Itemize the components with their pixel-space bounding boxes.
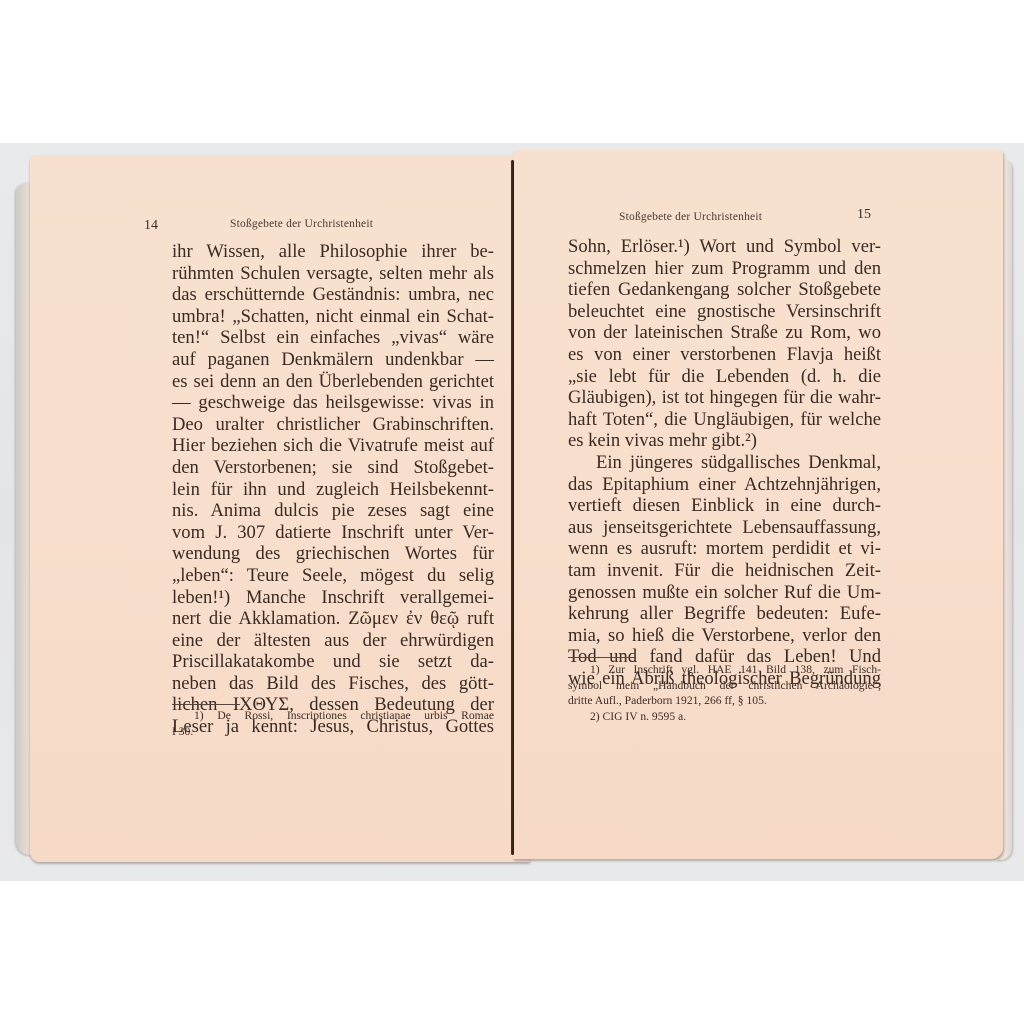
text-line: genossen mußte ein solcher Ruf die Um- (568, 582, 881, 604)
running-head: Stoßgebete der Urchristenheit (230, 218, 373, 230)
text-line: tam invenit. Für die heidnischen Zeit- (568, 560, 881, 582)
page-number: 14 (144, 218, 158, 234)
book-gutter (511, 160, 514, 855)
text-line: Priscillakatakombe und sie setzt da- (172, 651, 494, 673)
text-line: mia, so hieß die Verstorbene, verlor den (568, 625, 881, 647)
text-line: von der lateinischen Straße zu Rom, wo (568, 322, 881, 344)
text-line: es sei denn an den Überlebenden gerichte… (172, 371, 494, 393)
text-line: tiefen Gedankengang solcher Stoßgebete (568, 279, 881, 301)
text-line: kehrung aller Begriffe bedeuten: Eufe- (568, 603, 881, 625)
running-head: Stoßgebete der Urchristenheit (619, 211, 762, 223)
right-body-text: Sohn, Erlöser.¹) Wort und Symbol ver- sc… (568, 236, 881, 689)
text-line: vertieft diesen Einblick in eine durch- (568, 495, 881, 517)
footnote-line: 2) CIG IV n. 9595 a. (568, 709, 881, 725)
text-line: eine der ältesten aus der ehrwürdigen (172, 630, 494, 652)
text-line: haft Toten“, die Ungläubigen, für welche (568, 409, 881, 431)
text-line: „leben“: Teure Seele, mögest du selig (172, 565, 494, 587)
text-line: wendung des griechischen Wortes für (172, 543, 494, 565)
footnote-line: 1) De Rossi, Inscriptiones christianae u… (172, 708, 494, 724)
text-line: rühmten Schulen versagte, selten mehr al… (172, 263, 494, 285)
footnote-line: dritte Aufl., Paderborn 1921, 266 ff, § … (568, 693, 881, 709)
text-line: nis. Anima dulcis pie zeses sagt eine (172, 500, 494, 522)
text-line: beleuchtet eine gnostische Versinschrift (568, 301, 881, 323)
text-line: ten!“ Selbst ein einfaches „vivas“ wäre (172, 327, 494, 349)
text-line: neben das Bild des Fisches, des gött- (172, 673, 494, 695)
text-line: Hier beziehen sich die Vivatrufe meist a… (172, 435, 494, 457)
text-line: — geschweige das heilsgewisse: vivas in (172, 392, 494, 414)
text-line: Sohn, Erlöser.¹) Wort und Symbol ver- (568, 236, 881, 258)
text-line: das erschütternde Geständnis: umbra, nec (172, 284, 494, 306)
text-line: Gläubigen), ist tot hingegen für die wah… (568, 387, 881, 409)
left-body-text: ihr Wissen, alle Philosophie ihrer be- r… (172, 241, 494, 738)
text-line: leben!¹) Manche Inschrift verallgemei- (172, 587, 494, 609)
text-line: umbra! „Schatten, nicht einmal ein Schat… (172, 306, 494, 328)
right-page: Stoßgebete der Urchristenheit 15 Sohn, E… (513, 150, 1003, 859)
text-line: „sie lebt für die Lebenden (d. h. die (568, 366, 881, 388)
text-line: auf paganen Denkmälern undenkbar — (172, 349, 494, 371)
text-line: es kein vivas mehr gibt.²) (568, 430, 881, 452)
footnote-separator (172, 704, 240, 705)
footnote-line: 1) Zur Inschrift vgl. HAE 141 Bild 138, … (568, 662, 881, 678)
text-line: Deo uralter christlicher Grabinschriften… (172, 414, 494, 436)
text-line: nert die Akklamation. Ζῶμεν ἐν θεῷ ruft (172, 608, 494, 630)
text-line: das Epitaphium einer Achtzehnjährigen, (568, 474, 881, 496)
scanned-book-spread: 14 Stoßgebete der Urchristenheit ihr Wis… (0, 0, 1024, 1024)
text-line: lein für ihn und zugleich Heilsbekennt- (172, 479, 494, 501)
text-line: wenn es ausruft: mortem perdidit et vi- (568, 538, 881, 560)
text-line: es von einer verstorbenen Flavja heißt (568, 344, 881, 366)
footnote-separator (568, 657, 636, 658)
text-line: den Verstorbenen; sie sind Stoßgebet- (172, 457, 494, 479)
right-footnotes: 1) Zur Inschrift vgl. HAE 141 Bild 138, … (568, 662, 881, 724)
left-page: 14 Stoßgebete der Urchristenheit ihr Wis… (30, 155, 530, 862)
text-line: ihr Wissen, alle Philosophie ihrer be- (172, 241, 494, 263)
page-number: 15 (857, 207, 871, 223)
text-line: Ein jüngeres südgallisches Denkmal, (568, 452, 881, 474)
footnote-line: I 30. (172, 724, 494, 740)
left-footnotes: 1) De Rossi, Inscriptiones christianae u… (172, 708, 494, 739)
text-line: vom J. 307 datierte Inschrift unter Ver- (172, 522, 494, 544)
text-line: schmelzen hier zum Programm und den (568, 258, 881, 280)
text-line: aus jenseitsgerichtete Lebensauffassung, (568, 517, 881, 539)
footnote-line: symbol mein „Handbuch der christlichen A… (568, 678, 881, 694)
